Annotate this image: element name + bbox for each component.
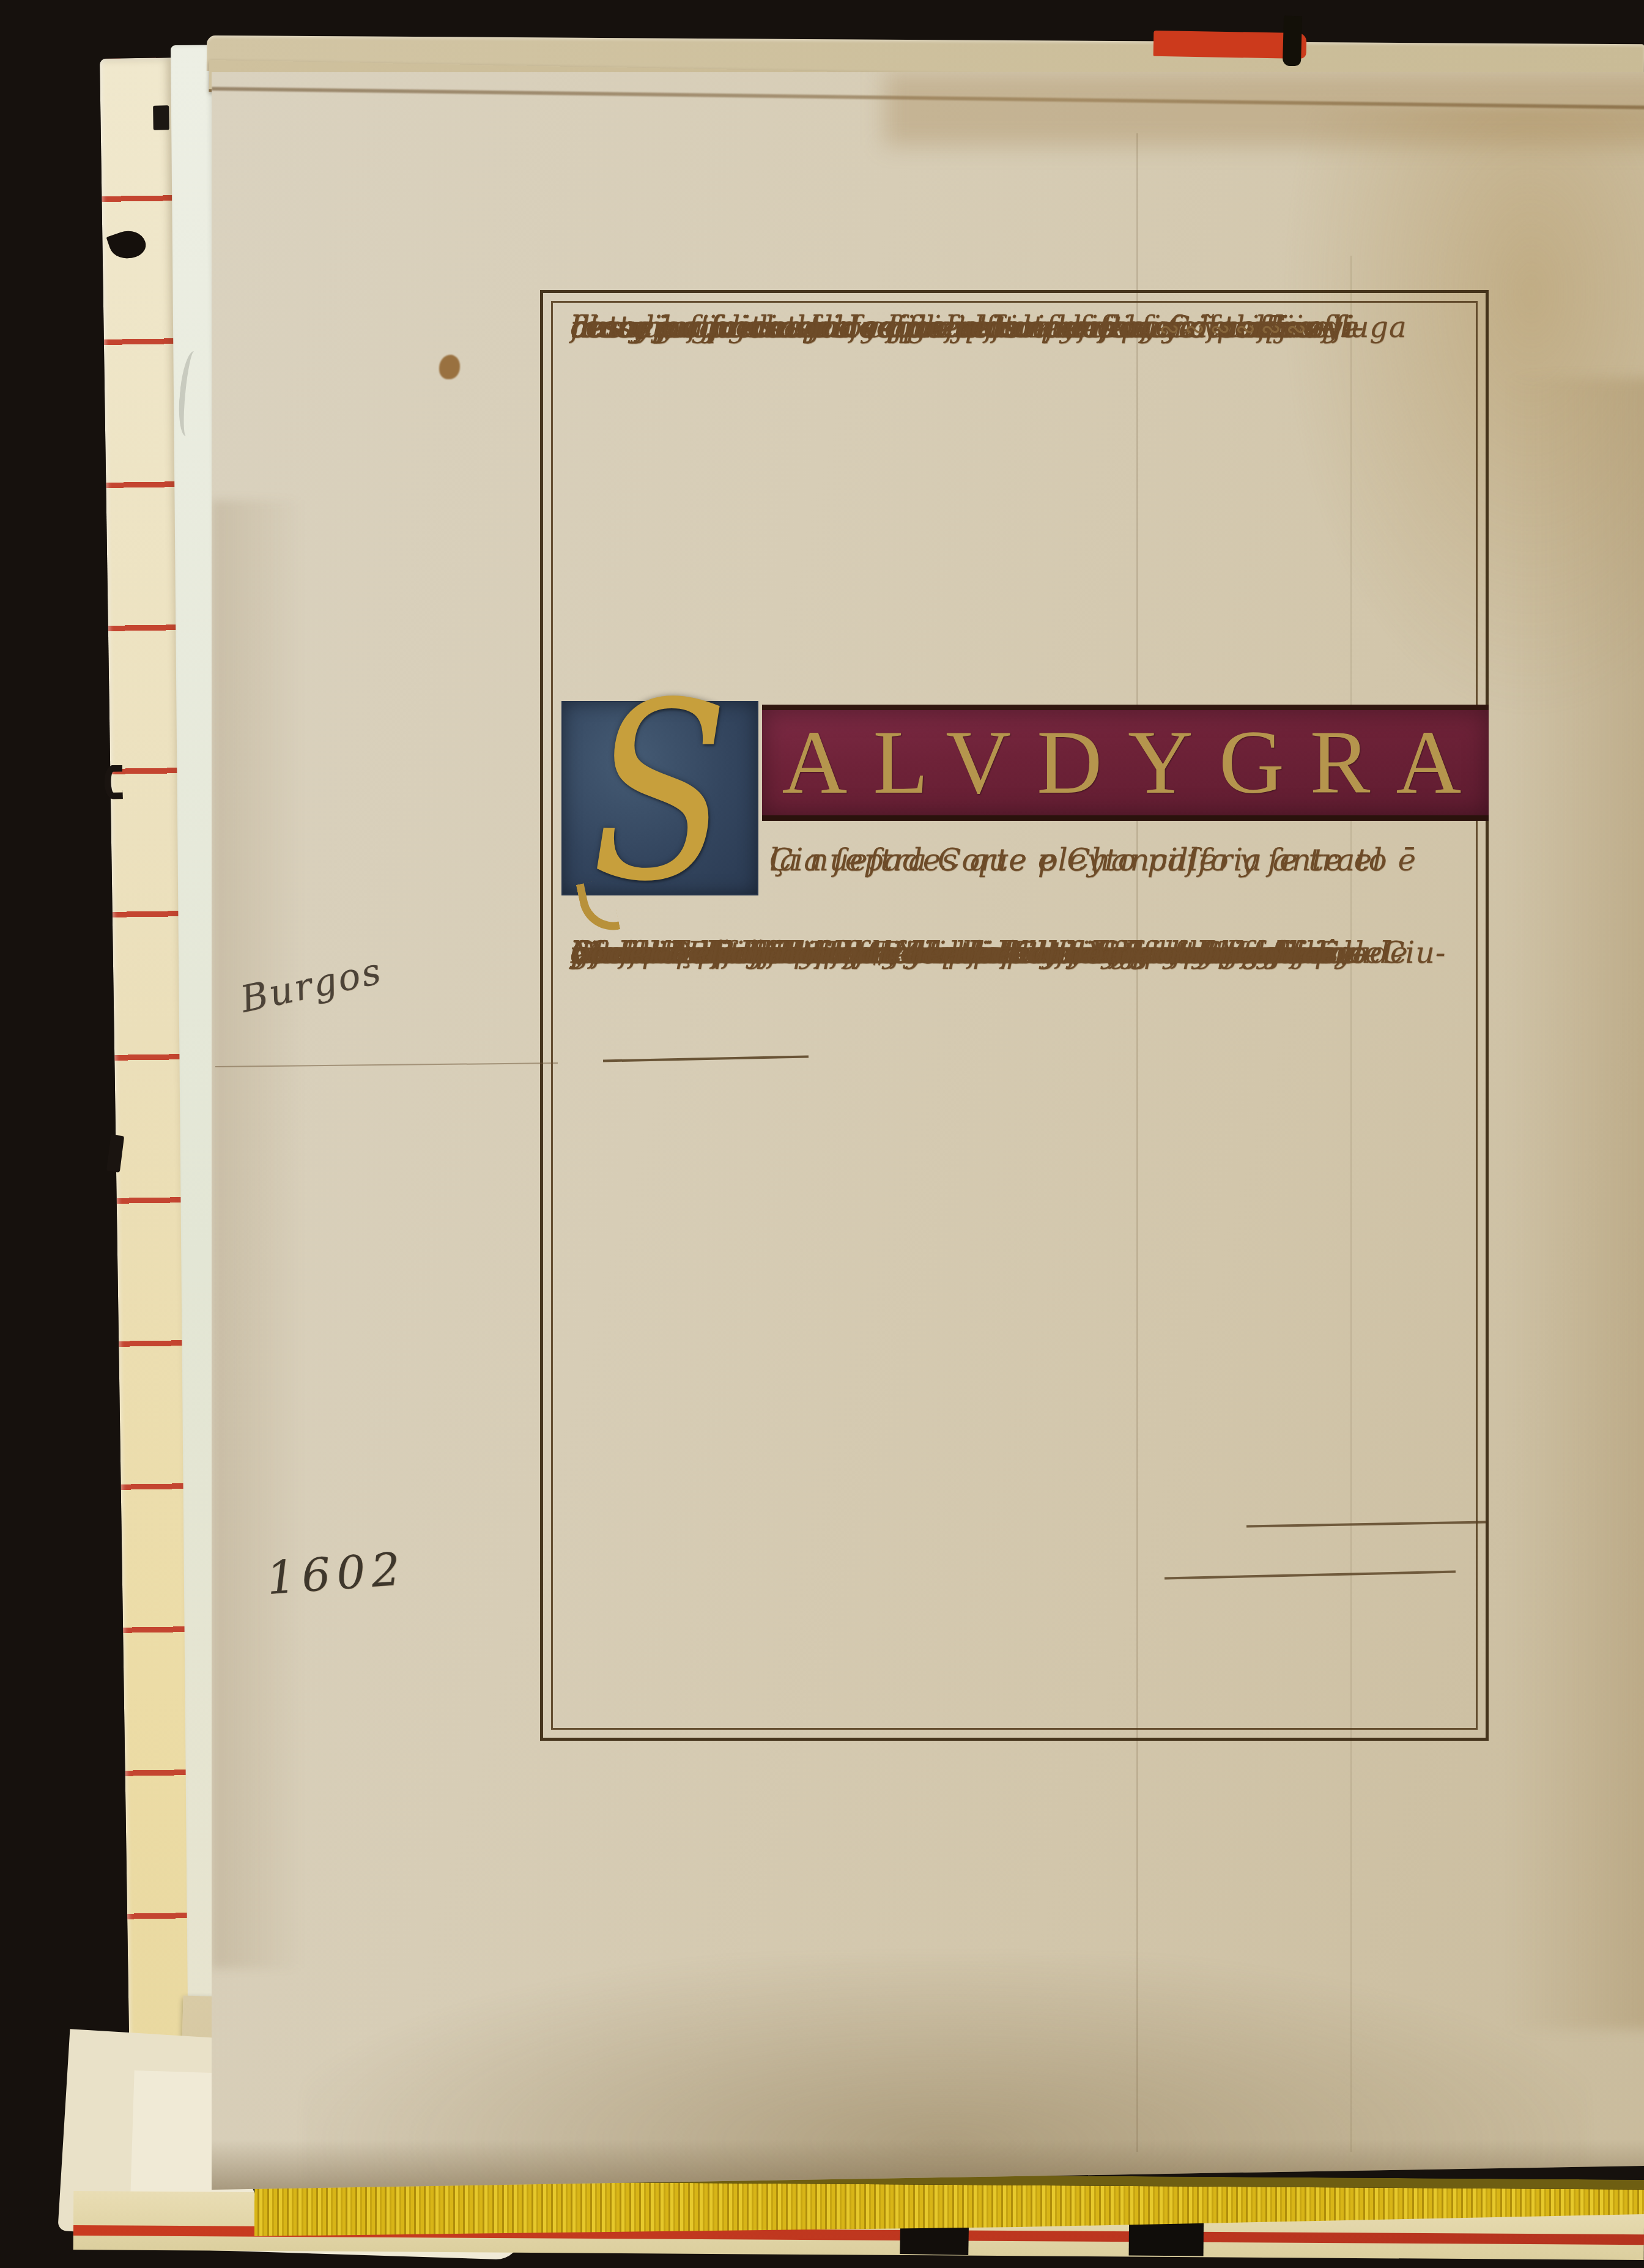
manuscript-photo: dinarios jueces de reſidencia merinos y … — [0, 0, 1644, 2268]
neume-mark-icon — [153, 105, 169, 130]
salud-banner: ALVDYGRA — [762, 705, 1489, 821]
manuscript-line-with-ornament: manera que haga fee fuere moſtrada. ∾∾∾∾… — [571, 306, 1311, 350]
banner-text: ALVDYGRA — [764, 711, 1487, 815]
ink-blot — [439, 355, 460, 379]
stain-right-edge — [1508, 378, 1644, 2029]
neume-curve-icon — [104, 765, 123, 799]
stain-top — [884, 72, 1644, 146]
neume-bar-icon — [106, 1135, 124, 1173]
stain-left — [212, 500, 303, 1968]
manuscript-line: manera que haga fee fuere moſtrada. — [571, 310, 1149, 344]
manuscript-line: poder del dicho Ioan de hernando de rodr… — [571, 931, 1355, 974]
bleedthrough-clef-icon — [176, 350, 204, 437]
text-frame-inner-rule — [551, 301, 1478, 1730]
margin-note-year: 1602 — [265, 1543, 408, 1605]
scroll-flourish-icon: ∾∾∾∾∾∾ — [1159, 315, 1311, 343]
initial-letter-S: S — [580, 696, 740, 891]
neume-comma-icon — [106, 226, 149, 264]
manuscript-line: la nueſtra Corte e Chancilleria ante el — [769, 837, 1383, 883]
black-ink-stroke — [1283, 16, 1302, 67]
illuminated-initial-panel: S — [561, 701, 758, 895]
